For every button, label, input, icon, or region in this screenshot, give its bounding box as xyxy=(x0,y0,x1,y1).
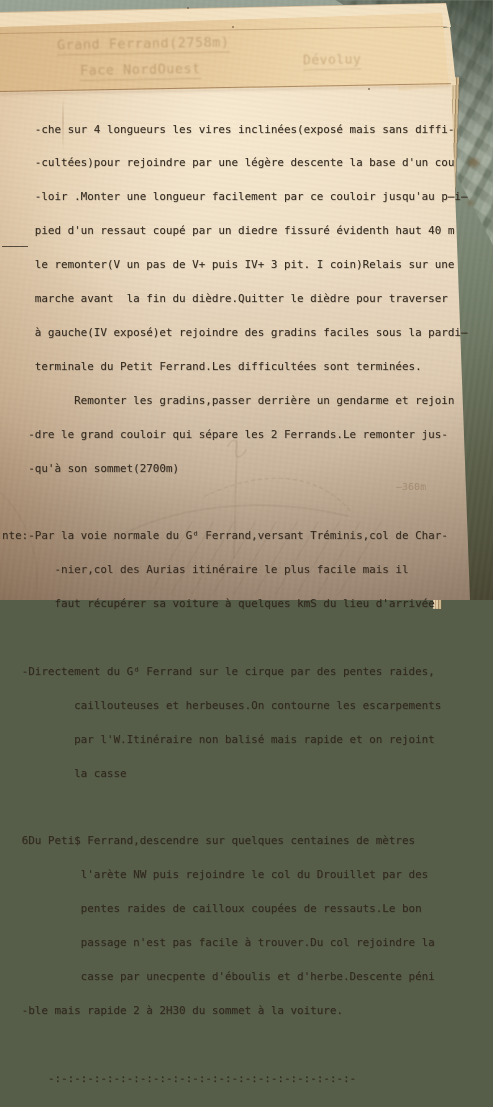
typed-line: -cultées)pour rejoindre par une légère d… xyxy=(2,157,468,168)
ghost-altitude-label: —360m xyxy=(396,482,426,493)
typed-line: le remonter(V un pas de V+ puis IV+ 3 pi… xyxy=(2,259,468,270)
descente-label-underline xyxy=(2,246,28,247)
dust-speck xyxy=(232,26,234,28)
ghost-sketch-lines xyxy=(0,440,381,600)
background-stain xyxy=(467,200,474,206)
ghost-title-showthrough: Grand Ferrand(2758m) xyxy=(57,34,230,55)
ghost-region-showthrough: Dévoluy xyxy=(303,52,362,70)
dust-speck xyxy=(368,88,370,90)
typed-line: -loir .Monter une longueur facilement pa… xyxy=(2,191,468,202)
ghost-topo-sketch-showthrough: —360m xyxy=(0,418,493,600)
typed-line: Remonter les gradins,passer derrière un … xyxy=(2,395,468,406)
dust-speck xyxy=(187,7,189,9)
typed-line: à gauche(IV exposé)et rejoindre des grad… xyxy=(2,327,468,338)
typed-line: marche avant la fin du dièdre.Quitter le… xyxy=(2,293,468,304)
photo-of-typewritten-route-page: Grand Ferrand(2758m) Face NordOuest Dévo… xyxy=(0,0,493,600)
typed-line: -che sur 4 longueurs les vires inclinées… xyxy=(2,124,468,135)
typed-line: terminale du Petit Ferrand.Les difficult… xyxy=(2,361,468,372)
ghost-subtitle-showthrough: Face NordOuest xyxy=(80,61,201,81)
background-stain xyxy=(468,158,479,167)
typed-line: pied d'un ressaut coupé par un diedre fi… xyxy=(2,225,468,236)
